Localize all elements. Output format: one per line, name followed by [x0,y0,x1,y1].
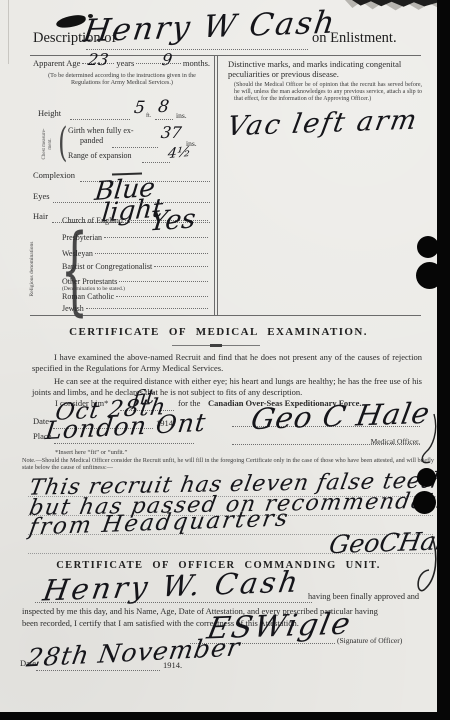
girth-label-line2: panded [80,136,103,145]
religion-label: Other Protestants [62,277,117,286]
religion-label: Presbyterian [62,233,102,242]
religion-row-baptist: Baptist or Congregationalist [62,262,210,271]
chest-brace: ( [58,123,67,163]
chest-group-label: Chest measure- ment. [42,125,53,163]
distinctive-marks-written: Vac left arm [225,107,421,141]
ins-label: ins. [176,111,187,120]
column-divider-left [214,55,215,315]
medical-signature-written: Geo C Hale [249,399,433,434]
punch-hole-3 [417,468,436,487]
religion-leader [154,266,208,267]
religion-leader [104,237,208,238]
medical-officer-role: Medical Officer. [350,437,420,446]
column-divider-right [217,55,218,315]
years-label: years [116,58,134,68]
girth-written: 37 [160,125,182,141]
punch-hole-1 [417,236,439,258]
officer-line-1: having been finally approved and [308,592,419,601]
age-months-leader [136,63,181,64]
church-of-england-written: Yes [148,205,197,235]
eyes-label: Eyes [33,191,50,201]
ink-smudge [55,14,86,30]
religion-label: Baptist or Congregationalist [62,262,152,271]
height-ft-written: 5 [133,100,146,117]
religion-group-label: Religious denominations [30,227,36,311]
consider-mid: for the [178,398,200,408]
header-name-rule [86,48,308,50]
officer-date-written: 28th November [25,634,242,670]
religion-label: Jewish [62,304,84,313]
age-note: (To be determined according to the instr… [33,72,211,87]
religion-leader [116,296,208,297]
officer-name-written: Henry W. Cash [41,568,303,606]
medical-paragraph-2: He can see at the required distance with… [32,376,422,398]
distinctive-marks-heading: Distinctive marks, and marks indicating … [228,59,424,79]
scanner-band-right [437,0,450,712]
girth-label-line1: Girth when fully ex- [68,126,134,135]
religion-row-roman-catholic: Roman Catholic [62,292,210,301]
recruit-name-written: Henry W Cash [81,8,338,48]
fit-footnote: *Insert here “fit” or “unfit.” [55,449,127,456]
scanner-band-bottom [0,712,450,720]
range-written: 4½ [167,145,191,161]
punch-hole-4 [413,491,436,514]
range-label: Range of expansion [68,151,132,160]
distinctive-marks-note: (Should the Medical Officer be of opinio… [234,82,422,103]
apparent-age-label: Apparent Age [33,58,80,68]
table-bottom-border [30,315,421,316]
religion-row-other-protestants: Other Protestants [62,277,210,286]
girth-leader [112,146,158,148]
attestation-form-page: Description of Henry W Cash on Enlistmen… [0,0,450,720]
age-years-written: 23 [87,52,109,68]
religion-label: Church of England [62,216,123,225]
medical-certificate-title: CERTIFICATE OF MEDICAL EXAMINATION. [0,326,437,338]
medical-paragraph-1: I have examined the above-named Recruit … [32,352,422,374]
officer-signature-label: (Signature of Officer) [337,636,402,645]
height-leader [70,118,130,120]
religion-leader [119,281,208,282]
apparent-age-row: Apparent Age years months. [33,58,210,68]
age-months-written: 9 [161,52,173,68]
range-leader [142,161,170,163]
height-ins-leader [155,118,173,120]
height-label: Height [38,108,61,118]
title-divider-dash [210,344,222,347]
religion-row-wesleyan: Wesleyan [62,249,210,258]
header-suffix: on Enlistment. [312,30,397,47]
months-label: months. [183,58,210,68]
complexion-label: Complexion [33,170,75,180]
religion-leader [86,308,208,309]
left-fold-line [8,0,9,64]
religion-leader [95,253,208,254]
height-in-written: 8 [157,99,170,116]
religion-label: Roman Catholic [62,292,114,301]
religion-row-jewish: Jewish [62,304,210,313]
religion-row-presbyterian: Presbyterian [62,233,210,242]
medical-place-written: London Ont [44,410,208,443]
hair-label: Hair [33,211,48,221]
ft-label: ft. [146,112,151,119]
religion-label: Wesleyan [62,249,93,258]
